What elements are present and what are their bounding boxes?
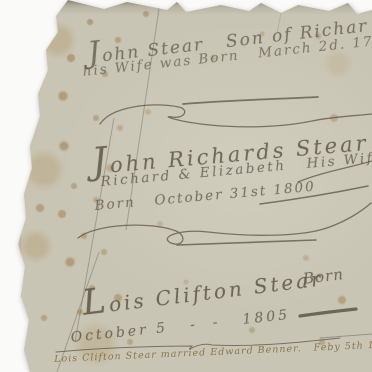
flourish-rule-upper [183,97,318,104]
flourish-rule-middle [177,240,316,245]
flourish-dash-after-1805 [300,309,356,316]
manuscript-page: John Stear Son of Richar his Wife was Bo… [0,0,372,372]
document-photo: John Stear Son of Richar his Wife was Bo… [0,0,372,372]
paper-shadow: John Stear Son of Richar his Wife was Bo… [0,0,372,372]
flourish-rule-after-born [320,334,372,338]
